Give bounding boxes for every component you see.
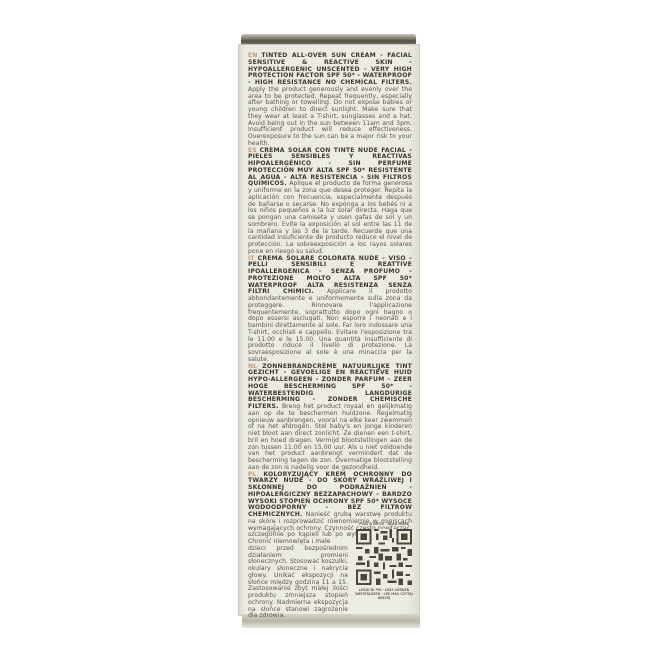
- section-es: ES CREMA SOLAR CON TINTE NUDE FACIAL - P…: [248, 148, 412, 256]
- section-body: Apply the product generously and evenly …: [248, 86, 412, 147]
- qr-top-label: PLUS D'INFOS · READ MORE: [354, 522, 414, 526]
- section-nl: NL ZONNEBRANDCRÈME NATUURLIJKE TINT GEZI…: [248, 364, 412, 472]
- qr-block: PLUS D'INFOS · READ MORE L: [354, 522, 414, 600]
- section-pl-continued: dzieci przed bezpośrednim działaniem pro…: [248, 546, 348, 620]
- section-en: EN TINTED ALL-OVER SUN CREAM - FACIAL SE…: [248, 53, 412, 148]
- qr-bottom-label: LEGGI DI PIÙ · LEES VERDER WEITERLESEN ·…: [354, 588, 414, 600]
- section-it: IT CREMA SOLARE COLORATA NUDE - VISO - P…: [248, 256, 412, 364]
- section-body: Applicare il prodotto abbondantemente e …: [248, 288, 412, 363]
- section-title: TINTED ALL-OVER SUN CREAM - FACIAL SENSI…: [248, 52, 412, 86]
- qr-code-icon[interactable]: [356, 529, 412, 585]
- section-body: Breng het product royaal en gelijkmatig …: [248, 403, 412, 471]
- section-body: Aplique el producto de forma generosa y …: [248, 180, 412, 255]
